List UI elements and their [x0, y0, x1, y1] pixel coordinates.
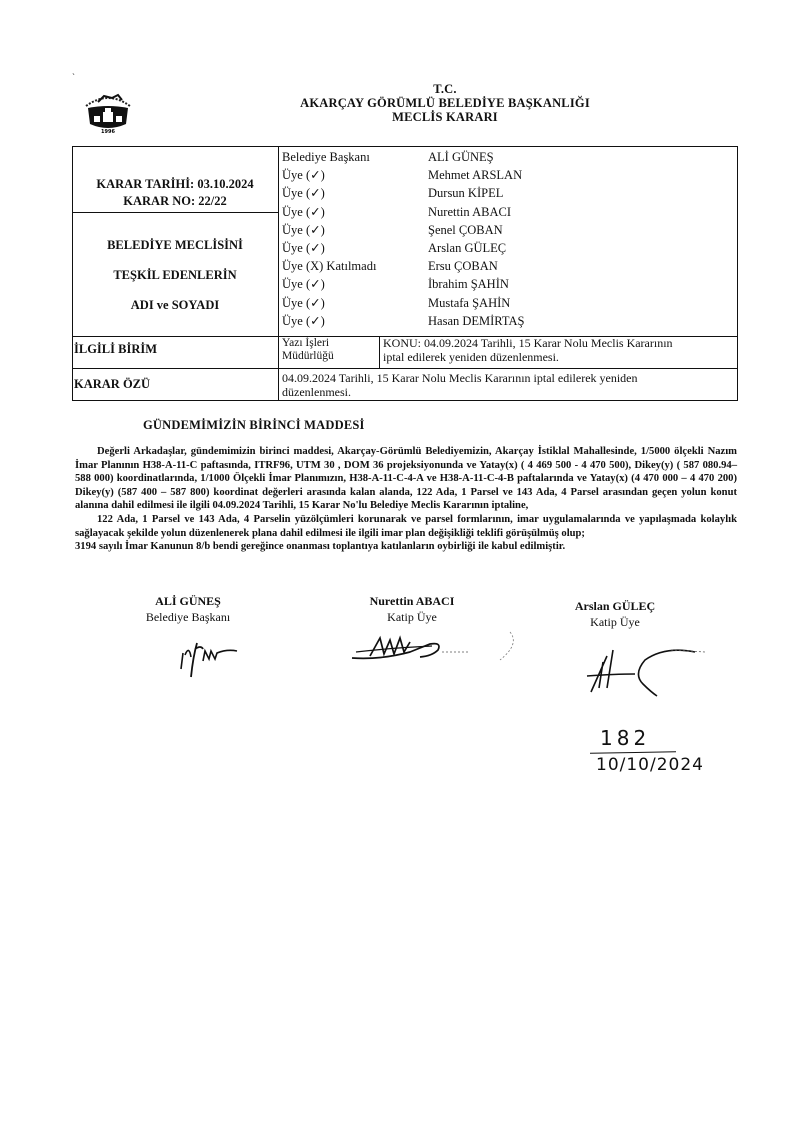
- signatory-mayor: ALİ GÜNEŞ Belediye Başkanı: [128, 593, 248, 625]
- signatory-title: Katip Üye: [555, 614, 675, 630]
- register-divider: [590, 751, 676, 754]
- member-role: Üye (✓): [282, 184, 376, 202]
- decision-body: Değerli Arkadaşlar, gündemimizin birinci…: [75, 445, 737, 554]
- member-role: Üye (✓): [282, 275, 376, 293]
- agenda-heading: GÜNDEMİMİZİN BİRİNCİ MADDESİ: [143, 418, 365, 433]
- member-role: Üye (✓): [282, 294, 376, 312]
- member-name: Mehmet ARSLAN: [428, 166, 525, 184]
- mayor-signature-icon: [175, 635, 255, 680]
- clerk-2-signature-icon: [585, 640, 715, 700]
- subject-line: iptal edilerek yeniden düzenlenmesi.: [383, 351, 673, 365]
- member-role: Üye (✓): [282, 312, 376, 330]
- summary-text: 04.09.2024 Tarihli, 15 Karar Nolu Meclis…: [282, 372, 722, 399]
- related-unit-label: İLGİLİ BİRİM: [74, 342, 157, 357]
- unit-line: Yazı İşleri: [282, 337, 334, 350]
- member-roles: Belediye Başkanı Üye (✓) Üye (✓) Üye (✓)…: [282, 148, 376, 330]
- document-header: T.C. AKARÇAY GÖRÜMLÜ BELEDİYE BAŞKANLIĞI…: [240, 82, 650, 124]
- member-role: Üye (✓): [282, 166, 376, 184]
- clerk-1-signature-icon: [350, 630, 530, 665]
- document-type: MECLİS KARARI: [240, 110, 650, 124]
- member-name: Arslan GÜLEÇ: [428, 239, 525, 257]
- member-name: ALİ GÜNEŞ: [428, 148, 525, 166]
- member-role: Belediye Başkanı: [282, 148, 376, 166]
- council-label-line: ADI ve SOYADI: [72, 290, 278, 320]
- country-label: T.C.: [240, 82, 650, 96]
- member-names: ALİ GÜNEŞ Mehmet ARSLAN Dursun KİPEL Nur…: [428, 148, 525, 330]
- member-name: Şenel ÇOBAN: [428, 221, 525, 239]
- signatory-name: Arslan GÜLEÇ: [555, 598, 675, 614]
- member-role: Üye (X) Katılmadı: [282, 257, 376, 275]
- summary-line: düzenlenmesi.: [282, 386, 722, 400]
- decision-date: KARAR TARİHİ: 03.10.2024: [72, 176, 278, 193]
- member-role: Üye (✓): [282, 221, 376, 239]
- unit-line: Müdürlüğü: [282, 350, 334, 363]
- summary-label: KARAR ÖZÜ: [74, 377, 150, 392]
- body-paragraph: 3194 sayılı İmar Kanunun 8/b bendi gereğ…: [75, 540, 737, 554]
- register-date: 10/10/2024: [596, 755, 704, 775]
- signatory-name: ALİ GÜNEŞ: [128, 593, 248, 609]
- svg-text:1996: 1996: [101, 129, 115, 134]
- subject-line: KONU: 04.09.2024 Tarihli, 15 Karar Nolu …: [383, 337, 673, 351]
- member-name: Dursun KİPEL: [428, 184, 525, 202]
- body-paragraph: 122 Ada, 1 Parsel ve 143 Ada, 4 Parselin…: [75, 513, 737, 540]
- signatory-name: Nurettin ABACI: [352, 593, 472, 609]
- subject-text: KONU: 04.09.2024 Tarihli, 15 Karar Nolu …: [383, 337, 673, 364]
- member-role: Üye (✓): [282, 239, 376, 257]
- decision-info: KARAR TARİHİ: 03.10.2024 KARAR NO: 22/22: [72, 176, 278, 210]
- decision-table: KARAR TARİHİ: 03.10.2024 KARAR NO: 22/22…: [72, 146, 738, 401]
- member-name: Mustafa ŞAHİN: [428, 294, 525, 312]
- municipality-logo-icon: 1996: [78, 86, 138, 134]
- decision-number: KARAR NO: 22/22: [72, 193, 278, 210]
- institution-name: AKARÇAY GÖRÜMLÜ BELEDİYE BAŞKANLIĞI: [240, 96, 650, 110]
- council-label-line: TEŞKİL EDENLERİN: [72, 260, 278, 290]
- body-paragraph: Değerli Arkadaşlar, gündemimizin birinci…: [75, 445, 737, 513]
- member-name: İbrahim ŞAHİN: [428, 275, 525, 293]
- register-number: 182: [600, 726, 650, 750]
- member-name: Nurettin ABACI: [428, 203, 525, 221]
- council-members-label: BELEDİYE MECLİSİNİ TEŞKİL EDENLERİN ADI …: [72, 230, 278, 320]
- related-unit-name: Yazı İşleri Müdürlüğü: [282, 337, 334, 363]
- summary-line: 04.09.2024 Tarihli, 15 Karar Nolu Meclis…: [282, 372, 722, 386]
- member-name: Hasan DEMİRTAŞ: [428, 312, 525, 330]
- signatory-title: Katip Üye: [352, 609, 472, 625]
- signatory-clerk-1: Nurettin ABACI Katip Üye: [352, 593, 472, 625]
- scan-mark: `: [72, 72, 75, 82]
- signatory-clerk-2: Arslan GÜLEÇ Katip Üye: [555, 598, 675, 630]
- member-role: Üye (✓): [282, 203, 376, 221]
- council-label-line: BELEDİYE MECLİSİNİ: [72, 230, 278, 260]
- signatory-title: Belediye Başkanı: [128, 609, 248, 625]
- member-name: Ersu ÇOBAN: [428, 257, 525, 275]
